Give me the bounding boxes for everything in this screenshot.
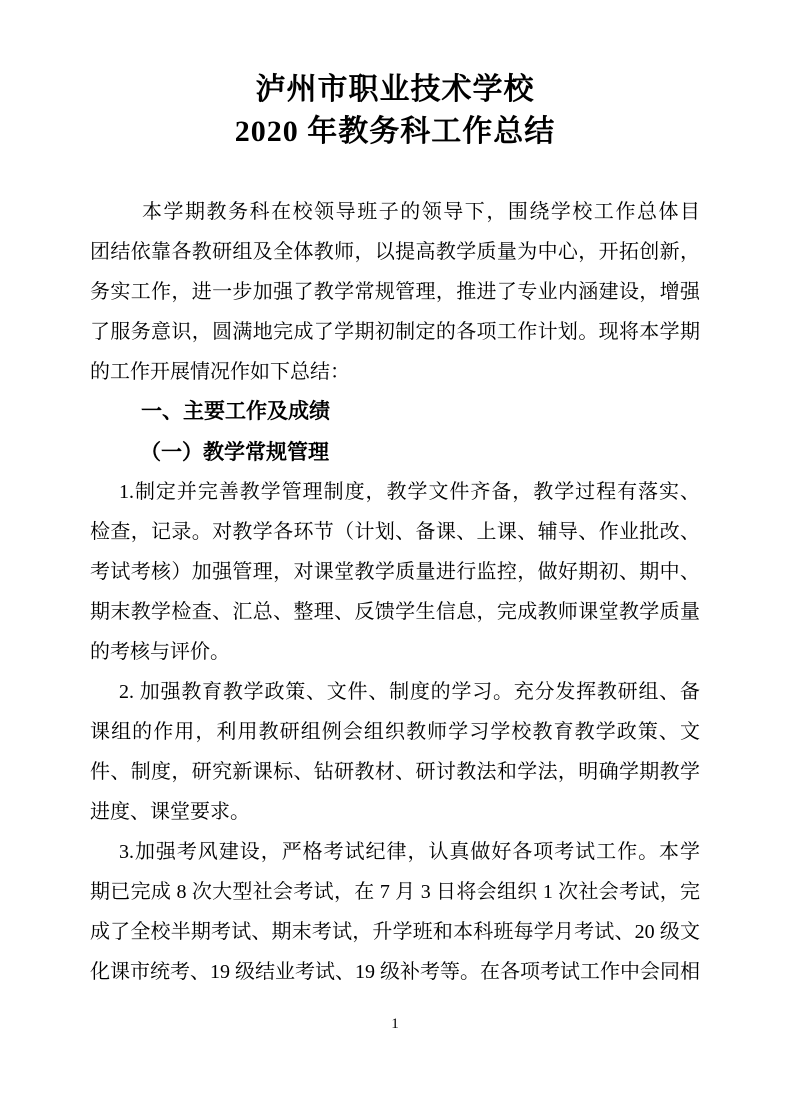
paragraph-line: 务实工作，进一步加强了教学常规管理，推进了专业内涵建设，增强	[90, 272, 700, 312]
paragraph-line: 化课市统考、19 级结业考试、19 级补考等。在各项考试工作中会同相	[90, 952, 700, 992]
paragraph-line: 进度、课堂要求。	[90, 792, 700, 832]
paragraph-line: 3.加强考风建设，严格考试纪律，认真做好各项考试工作。本学	[90, 832, 700, 872]
section-heading-sub: （一）教学常规管理	[90, 432, 700, 472]
document-page: 泸州市职业技术学校 2020 年教务科工作总结 本学期教务科在校领导班子的领导下…	[0, 0, 790, 1118]
paragraph-line: 团结依靠各教研组及全体教师，以提高教学质量为中心，开拓创新，	[90, 232, 700, 272]
paragraph-item-2: 2. 加强教育教学政策、文件、制度的学习。充分发挥教研组、备 课组的作用，利用教…	[90, 672, 700, 832]
title-line-2: 2020 年教务科工作总结	[0, 111, 790, 153]
page-number: 1	[0, 1014, 790, 1034]
paragraph-intro: 本学期教务科在校领导班子的领导下，围绕学校工作总体目标， 团结依靠各教研组及全体…	[90, 192, 700, 392]
paragraph-line: 了服务意识，圆满地完成了学期初制定的各项工作计划。现将本学期	[90, 312, 700, 352]
paragraph-line: 检查，记录。对教学各环节（计划、备课、上课、辅导、作业批改、	[90, 512, 700, 552]
paragraph-line: 2. 加强教育教学政策、文件、制度的学习。充分发挥教研组、备	[90, 672, 700, 712]
section-heading-main: 一、主要工作及成绩	[90, 392, 700, 432]
paragraph-line: 考试考核）加强管理，对课堂教学质量进行监控，做好期初、期中、	[90, 552, 700, 592]
paragraph-line: 本学期教务科在校领导班子的领导下，围绕学校工作总体目标，	[90, 192, 700, 232]
paragraph-line: 期已完成 8 次大型社会考试，在 7 月 3 日将会组织 1 次社会考试，完	[90, 872, 700, 912]
paragraph-item-1: 1.制定并完善教学管理制度，教学文件齐备，教学过程有落实、 检查，记录。对教学各…	[90, 472, 700, 672]
title-line-1: 泸州市职业技术学校	[0, 69, 790, 111]
document-title: 泸州市职业技术学校 2020 年教务科工作总结	[0, 69, 790, 153]
paragraph-line: 1.制定并完善教学管理制度，教学文件齐备，教学过程有落实、	[90, 472, 700, 512]
paragraph-line: 期末教学检查、汇总、整理、反馈学生信息，完成教师课堂教学质量	[90, 592, 700, 632]
paragraph-line: 课组的作用，利用教研组例会组织教师学习学校教育教学政策、文	[90, 712, 700, 752]
paragraph-item-3: 3.加强考风建设，严格考试纪律，认真做好各项考试工作。本学 期已完成 8 次大型…	[90, 832, 700, 992]
paragraph-line: 的工作开展情况作如下总结：	[90, 352, 700, 392]
paragraph-line: 的考核与评价。	[90, 632, 700, 672]
paragraph-line: 件、制度，研究新课标、钻研教材、研讨教法和学法，明确学期教学	[90, 752, 700, 792]
document-body: 本学期教务科在校领导班子的领导下，围绕学校工作总体目标， 团结依靠各教研组及全体…	[90, 192, 700, 992]
paragraph-line: 成了全校半期考试、期末考试，升学班和本科班每学月考试、20 级文	[90, 912, 700, 952]
